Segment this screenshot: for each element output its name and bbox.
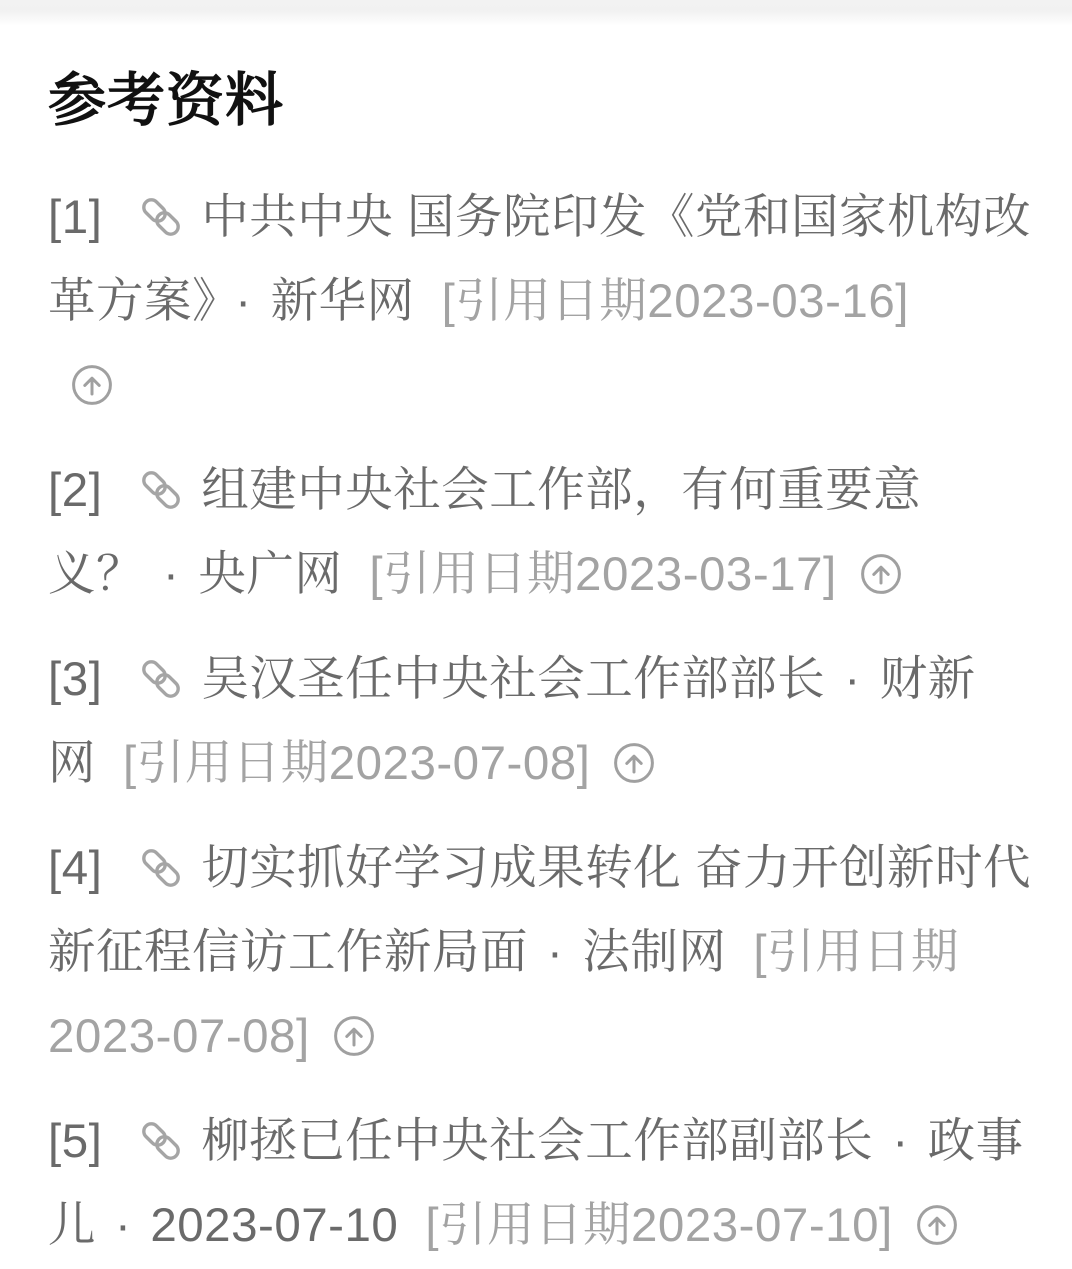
cite-date: [引用日期2023-07-08] xyxy=(123,737,590,790)
reference-line: [1] 中共中央 国务院印发《党和国家机构改 xyxy=(48,176,1040,260)
chain-link-icon[interactable] xyxy=(139,638,183,722)
reference-line: [5] 柳拯已任中央社会工作部副部长·政事 xyxy=(48,1100,1040,1184)
dot-separator: · xyxy=(547,926,563,979)
reference-link-text[interactable]: 财新 xyxy=(880,653,976,706)
reference-number: [4] xyxy=(48,842,102,895)
reference-link-text[interactable]: 中共中央 国务院印发《党和国家机构改 xyxy=(201,191,1031,244)
dot-separator: · xyxy=(235,275,251,328)
reference-link-text[interactable]: 网 xyxy=(48,737,96,790)
reference-link-text[interactable]: 组建中央社会工作部，有何重要意 xyxy=(201,464,921,517)
references-section: 参考资料 [1] 中共中央 国务院印发《党和国家机构改革方案》·新华网[引用日期… xyxy=(0,68,1072,1268)
up-arrow-circle-icon[interactable] xyxy=(916,1184,958,1268)
reference-item: [4] 切实抓好学习成果转化 奋力开创新时代新征程信访工作新局面·法制网[引用日… xyxy=(48,827,1040,1079)
reference-item: [2] 组建中央社会工作部，有何重要意义？·央广网[引用日期2023-03-17… xyxy=(48,449,1040,617)
chain-link-icon[interactable] xyxy=(139,176,183,260)
dot-separator: · xyxy=(163,548,179,601)
reference-number: [3] xyxy=(48,653,102,706)
reference-line: 儿·2023-07-10[引用日期2023-07-10] xyxy=(48,1184,1040,1268)
reference-line: 2023-07-08] xyxy=(48,995,1040,1079)
reference-line: 网[引用日期2023-07-08] xyxy=(48,722,1040,806)
reference-link-text[interactable]: 柳拯已任中央社会工作部副部长 xyxy=(201,1115,873,1168)
reference-link-text[interactable]: 政事 xyxy=(928,1115,1024,1168)
up-arrow-circle-icon[interactable] xyxy=(71,344,113,428)
up-arrow-circle-icon[interactable] xyxy=(613,722,655,806)
reference-number: [2] xyxy=(48,464,102,517)
cite-date: [引用日期 xyxy=(753,926,959,979)
section-title: 参考资料 xyxy=(48,68,1040,134)
reference-link-text[interactable]: 法制网 xyxy=(582,926,726,979)
chain-link-icon[interactable] xyxy=(139,1100,183,1184)
reference-number: [1] xyxy=(48,191,102,244)
reference-number: [5] xyxy=(48,1115,102,1168)
reference-link-text[interactable]: 2023-07-10 xyxy=(150,1199,398,1252)
reference-line: [4] 切实抓好学习成果转化 奋力开创新时代 xyxy=(48,827,1040,911)
reference-line: [2] 组建中央社会工作部，有何重要意 xyxy=(48,449,1040,533)
reference-item: [1] 中共中央 国务院印发《党和国家机构改革方案》·新华网[引用日期2023-… xyxy=(48,176,1040,428)
cite-date: [引用日期2023-03-17] xyxy=(369,548,836,601)
reference-item: [3] 吴汉圣任中央社会工作部部长·财新网[引用日期2023-07-08] xyxy=(48,638,1040,806)
reference-line: [3] 吴汉圣任中央社会工作部部长·财新 xyxy=(48,638,1040,722)
reference-link-text[interactable]: 央广网 xyxy=(198,548,342,601)
reference-line xyxy=(48,344,1040,428)
reference-link-text[interactable]: 切实抓好学习成果转化 奋力开创新时代 xyxy=(201,842,1031,895)
up-arrow-circle-icon[interactable] xyxy=(333,995,375,1079)
reference-line: 革方案》·新华网[引用日期2023-03-16] xyxy=(48,260,1040,344)
dot-separator: · xyxy=(892,1115,908,1168)
reference-item: [5] 柳拯已任中央社会工作部副部长·政事儿·2023-07-10[引用日期20… xyxy=(48,1100,1040,1268)
cite-date: [引用日期2023-03-16] xyxy=(442,275,909,328)
cite-date: 2023-07-08] xyxy=(48,1010,310,1063)
reference-link-text[interactable]: 义？ xyxy=(48,548,144,601)
reference-list: [1] 中共中央 国务院印发《党和国家机构改革方案》·新华网[引用日期2023-… xyxy=(48,176,1040,1268)
reference-line: 义？·央广网[引用日期2023-03-17] xyxy=(48,533,1040,617)
reference-link-text[interactable]: 吴汉圣任中央社会工作部部长 xyxy=(201,653,825,706)
reference-link-text[interactable]: 儿 xyxy=(48,1199,96,1252)
top-section-divider xyxy=(0,0,1072,26)
reference-line: 新征程信访工作新局面·法制网[引用日期 xyxy=(48,911,1040,995)
cite-date: [引用日期2023-07-10] xyxy=(425,1199,892,1252)
dot-separator: · xyxy=(844,653,860,706)
up-arrow-circle-icon[interactable] xyxy=(860,533,902,617)
reference-link-text[interactable]: 新征程信访工作新局面 xyxy=(48,926,528,979)
dot-separator: · xyxy=(115,1199,131,1252)
reference-link-text[interactable]: 新华网 xyxy=(271,275,415,328)
chain-link-icon[interactable] xyxy=(139,827,183,911)
chain-link-icon[interactable] xyxy=(139,449,183,533)
reference-link-text[interactable]: 革方案》 xyxy=(48,275,216,328)
